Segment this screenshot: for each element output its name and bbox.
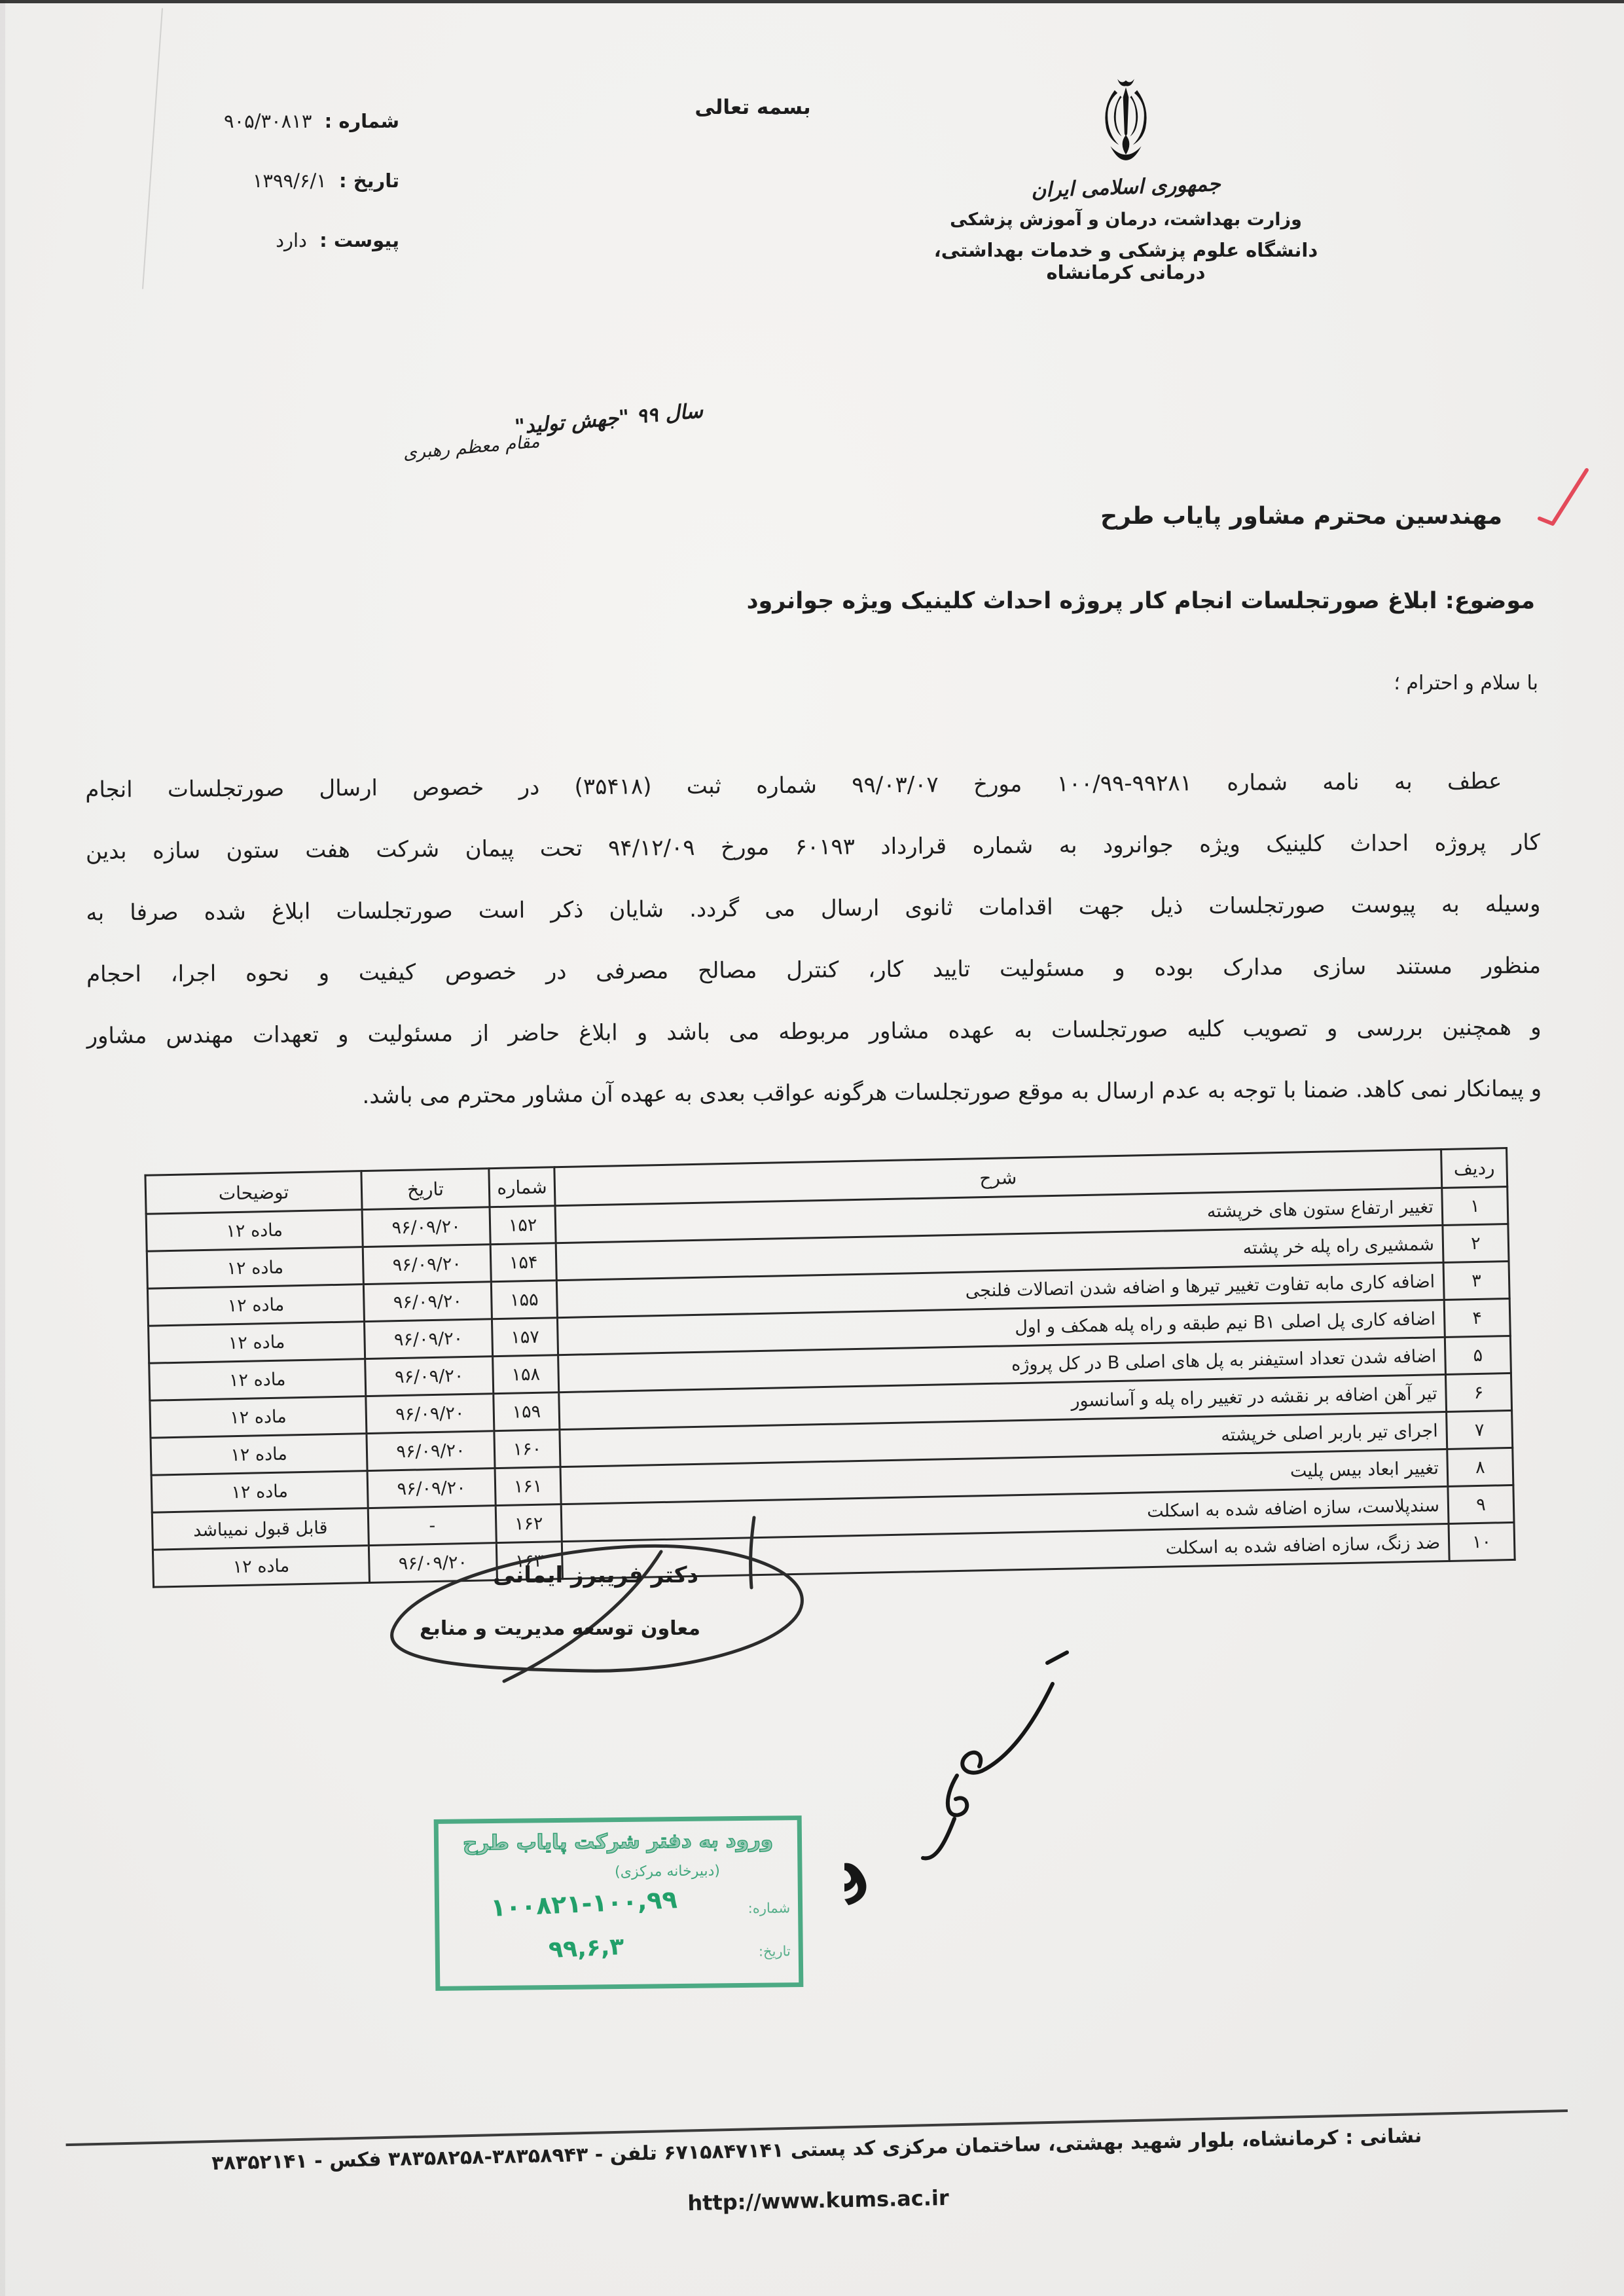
scan-edge-artifact [0, 0, 1624, 3]
cell-note: ماده ۱۲ [147, 1247, 363, 1289]
letter-date-label: تاریخ : [339, 170, 399, 192]
col-header-notes: توضیحات [145, 1171, 362, 1214]
cell-row-number: ۸ [1447, 1448, 1513, 1486]
letter-number-value: ۹۰۵/۳۰۸۱۳ [224, 110, 312, 132]
stamp-title: ورود به دفتر شرکت پایاب طرح [439, 1828, 797, 1855]
cell-date: ۹۶/۰۹/۲۰ [362, 1207, 490, 1247]
cell-note: ماده ۱۲ [146, 1210, 363, 1252]
letter-attachment-value: دارد [276, 229, 307, 251]
cell-note: قابل قبول نمیباشد [152, 1508, 369, 1550]
body-line: وسیله به پیوست صورتجلسات ذیل جهت اقدامات… [86, 873, 1541, 944]
cell-number: ۱۵۷ [492, 1318, 558, 1357]
cell-date: ۹۶/۰۹/۲۰ [364, 1319, 492, 1359]
body-line: منظور مستند سازی مدارک بوده و مسئولیت تا… [86, 935, 1542, 1006]
recipient-line: مهندسین محترم مشاور پایاب طرح [785, 503, 1502, 530]
pen-signature-scribble-icon [353, 1506, 825, 1702]
signatory-name: دکتر فریبرز ایمانی [458, 1562, 733, 1588]
cell-row-number: ۶ [1445, 1373, 1511, 1412]
letter-attachment-label: پیوست : [319, 229, 399, 251]
salutation-line: با سلام و احترام ؛ [1276, 672, 1538, 695]
entry-stamp: ورود به دفتر شرکت پایاب طرح (دبیرخانه مر… [434, 1815, 804, 1991]
cell-number: ۱۶۰ [494, 1430, 560, 1468]
cell-note: ماده ۱۲ [149, 1322, 365, 1364]
cell-note: ماده ۱۲ [149, 1359, 366, 1401]
scan-shadow [0, 0, 5, 2296]
letter-date-row: تاریخ : ۱۳۹۹/۶/۱ [98, 170, 399, 202]
cell-note: ماده ۱۲ [150, 1396, 367, 1438]
cell-row-number: ۵ [1445, 1336, 1511, 1374]
stamp-date-value: ۹۹,۶,۳ [494, 1931, 679, 1966]
cell-note: ماده ۱۲ [147, 1285, 364, 1326]
cell-date: ۹۶/۰۹/۲۰ [363, 1245, 491, 1285]
footer-address: نشانی : کرمانشاه، بلوار شهید بهشتی، ساخت… [65, 2121, 1568, 2178]
footer-url: http://www.kums.ac.ir [609, 2183, 1028, 2217]
letter-body: عطف به نامه شماره ۹۹۲۸۱-۱۰۰/۹۹ مورخ ۹۹/۰… [85, 750, 1542, 1129]
cell-row-number: ۲ [1443, 1224, 1509, 1263]
col-header-row-number: ردیف [1441, 1148, 1507, 1188]
letter-date-value: ۱۳۹۹/۶/۱ [253, 170, 327, 192]
cell-date: ۹۶/۰۹/۲۰ [365, 1357, 494, 1396]
minutes-table: ردیف شرح شماره تاریخ توضیحات ۱تغییر ارتف… [144, 1147, 1515, 1588]
stamp-subtitle: (دبیرخانه مرکزی) [439, 1862, 797, 1882]
body-line: و همچنین بررسی و تصویب کلیه صورتجلسات به… [86, 996, 1542, 1067]
pen-scribble-icon [923, 1652, 1067, 1858]
ministry-name: وزارت بهداشت، درمان و آموزش پزشکی [910, 210, 1342, 230]
letter-attachment-row: پیوست : دارد [98, 229, 399, 262]
col-header-number: شماره [489, 1167, 555, 1207]
handwritten-annotation: 3699 [844, 1624, 1119, 1912]
cell-number: ۱۵۲ [490, 1206, 556, 1245]
handwritten-number: 3699 [844, 1846, 886, 1912]
cell-date: ۹۶/۰۹/۲۰ [363, 1282, 492, 1322]
slogan-attribution: مقام معظم رهبری [379, 429, 564, 465]
letterhead-block: جمهوری اسلامی ایران وزارت بهداشت، درمان … [910, 73, 1342, 283]
republic-calligraphy: جمهوری اسلامی ایران [910, 168, 1343, 206]
university-name: دانشگاه علوم پزشکی و خدمات بهداشتی، درما… [910, 239, 1342, 283]
letter-number-row: شماره : ۹۰۵/۳۰۸۱۳ [98, 110, 399, 143]
cell-number: ۱۵۵ [491, 1281, 557, 1319]
letter-number-label: شماره : [325, 110, 399, 132]
red-checkmark-icon [1526, 458, 1602, 534]
stamp-number-label: شماره: [748, 1900, 791, 1916]
minutes-table-wrap: ردیف شرح شماره تاریخ توضیحات ۱تغییر ارتف… [143, 1147, 1515, 1588]
letter-meta-block: شماره : ۹۰۵/۳۰۸۱۳ تاریخ : ۱۳۹۹/۶/۱ پیوست… [98, 110, 399, 289]
cell-row-number: ۹ [1448, 1485, 1514, 1523]
stamp-number-value: ۱۰۰۸۲۱-۱۰۰,۹۹ [462, 1884, 706, 1923]
cell-date: ۹۶/۰۹/۲۰ [366, 1394, 494, 1434]
cell-number: ۱۵۸ [493, 1355, 559, 1394]
body-line: کار پروژه احداث کلینیک ویژه جوانرود به ش… [86, 812, 1541, 883]
stamp-date-label: تاریخ: [759, 1943, 791, 1959]
col-header-date: تاریخ [361, 1169, 490, 1210]
subject-line: موضوع: ابلاغ صورتجلسات انجام کار پروژه ا… [524, 588, 1535, 614]
body-line: و پیمانکار نمی کاهد. ضمنا با توجه به عدم… [87, 1058, 1542, 1129]
cell-note: ماده ۱۲ [151, 1471, 368, 1513]
cell-number: ۱۵۹ [494, 1393, 560, 1431]
cell-row-number: ۱ [1442, 1187, 1508, 1226]
iran-emblem-icon [1089, 73, 1163, 172]
cell-number: ۱۵۴ [490, 1243, 556, 1282]
cell-row-number: ۱۰ [1449, 1522, 1515, 1561]
signatory-title: معاون توسعه مدیریت و منابع [411, 1617, 709, 1640]
bismillah-text: بسمه تعالی [674, 96, 831, 119]
cell-number: ۱۶۱ [495, 1467, 561, 1506]
body-line: عطف به نامه شماره ۹۹۲۸۱-۱۰۰/۹۹ مورخ ۹۹/۰… [85, 750, 1540, 821]
cell-date: ۹۶/۰۹/۲۰ [367, 1431, 495, 1471]
cell-row-number: ۴ [1444, 1298, 1510, 1337]
cell-note: ماده ۱۲ [153, 1546, 369, 1588]
cell-date: ۹۶/۰۹/۲۰ [367, 1468, 496, 1508]
cell-row-number: ۳ [1443, 1261, 1509, 1300]
scanned-official-letter: بسمه تعالی جمهوری اسلامی ایران وزارت بهد… [0, 0, 1624, 2296]
cell-note: ماده ۱۲ [151, 1434, 367, 1476]
cell-row-number: ۷ [1447, 1410, 1513, 1449]
